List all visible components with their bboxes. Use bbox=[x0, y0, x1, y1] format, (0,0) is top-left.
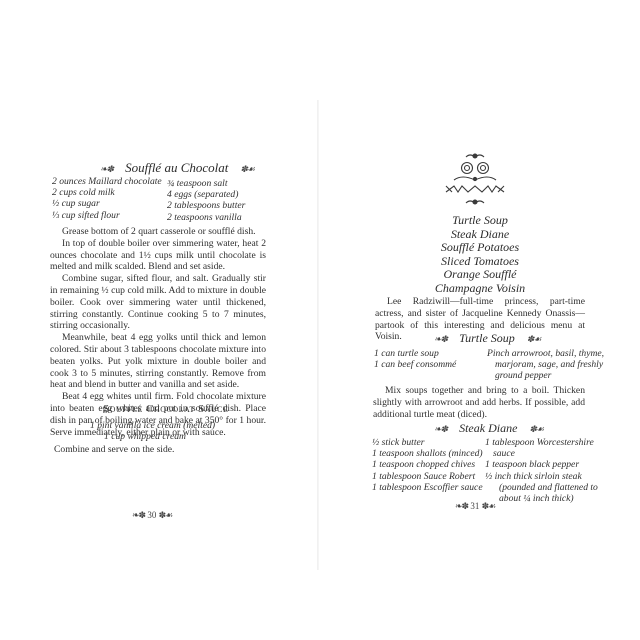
ingredient: 2 teaspoons vanilla bbox=[167, 212, 245, 223]
fleuron-ornament-icon: ✽☙ bbox=[159, 510, 173, 521]
instruction-paragraph: Mix soups together and bring to a boil. … bbox=[373, 385, 585, 420]
ingredient: about ¼ inch thick) bbox=[485, 493, 598, 504]
page-number-30: ❧✽ 30 ✽☙ bbox=[132, 510, 172, 521]
turtle-soup-ingredients-left: 1 can turtle soup 1 can beef consommé bbox=[374, 348, 456, 370]
ingredient: 1 teaspoon black pepper bbox=[485, 459, 598, 470]
ingredient: 2 tablespoons butter bbox=[167, 200, 245, 211]
fleuron-ornament-icon: ✽☙ bbox=[482, 501, 496, 512]
ingredient: 1 can turtle soup bbox=[374, 348, 456, 359]
ingredient: 2 cups cold milk bbox=[52, 187, 162, 198]
ingredient-list-right: ¾ teaspoon salt 4 eggs (separated) 2 tab… bbox=[167, 178, 245, 223]
page-number: 31 bbox=[470, 501, 479, 511]
menu-item: Turtle Soup bbox=[320, 214, 640, 228]
turtle-soup-ingredients-right: Pinch arrowroot, basil, thyme, marjoram,… bbox=[487, 348, 604, 382]
ingredient: ¾ teaspoon salt bbox=[167, 178, 245, 189]
sauce-title: Soufflé Chocolat Sauce bbox=[103, 403, 228, 415]
recipe-title-turtle-soup: ❧✽Turtle Soup✽☙ bbox=[422, 331, 532, 346]
recipe-title-text: Steak Diane bbox=[459, 421, 517, 435]
sauce-instructions: Combine and serve on the side. bbox=[54, 444, 254, 456]
ingredient: 1 tablespoon Worcestershire bbox=[485, 437, 598, 448]
ingredient: ground pepper bbox=[487, 370, 604, 381]
ingredient: 4 eggs (separated) bbox=[167, 189, 245, 200]
ingredient: (pounded and flattened to bbox=[485, 482, 598, 493]
instruction-paragraph: Grease bottom of 2 quart casserole or so… bbox=[50, 226, 266, 238]
fleuron-ornament-icon: ❧✽ bbox=[434, 334, 447, 345]
page-number: 30 bbox=[147, 510, 156, 520]
menu-item: Soufflé Potatoes bbox=[320, 241, 640, 255]
instruction-paragraph: Combine and serve on the side. bbox=[54, 444, 254, 456]
ingredient: 1 tablespoon Escoffier sauce bbox=[372, 482, 483, 493]
fleuron-ornament-icon: ✽☙ bbox=[240, 164, 254, 175]
instruction-paragraph: Combine sugar, sifted flour, and salt. G… bbox=[50, 273, 266, 332]
turtle-soup-instructions: Mix soups together and bring to a boil. … bbox=[373, 385, 585, 420]
menu-item: Steak Diane bbox=[320, 228, 640, 242]
ingredient: ½ cup sugar bbox=[52, 198, 162, 209]
ingredient: ½ stick butter bbox=[372, 437, 483, 448]
fleuron-ornament-icon: ❧✽ bbox=[455, 501, 468, 512]
ingredient: 1 tablespoon Sauce Robert bbox=[372, 471, 483, 482]
sauce-ingredients: 1 pint vanilla ice cream (melted) 1 cup … bbox=[90, 420, 215, 442]
ingredient-list-left: 2 ounces Maillard chocolate 2 cups cold … bbox=[52, 176, 162, 221]
ingredient: marjoram, sage, and freshly bbox=[487, 359, 604, 370]
menu-item: Champagne Voisin bbox=[320, 282, 640, 296]
steak-diane-ingredients-right: 1 tablespoon Worcestershire sauce 1 teas… bbox=[485, 437, 598, 504]
ingredient: 1 pint vanilla ice cream (melted) bbox=[90, 420, 215, 431]
recipe-title-text: Soufflé au Chocolat bbox=[125, 160, 228, 175]
fleuron-ornament-icon: ❧✽ bbox=[434, 424, 447, 435]
book-spine bbox=[317, 100, 319, 570]
menu-item: Sliced Tomatoes bbox=[320, 255, 640, 269]
menu-list: Turtle Soup Steak Diane Soufflé Potatoes… bbox=[320, 214, 640, 296]
recipe-title-steak-diane: ❧✽Steak Diane✽☙ bbox=[422, 421, 532, 436]
ingredient: 2 ounces Maillard chocolate bbox=[52, 176, 162, 187]
steak-diane-ingredients-left: ½ stick butter 1 teaspoon shallots (minc… bbox=[372, 437, 483, 493]
menu-item: Orange Soufflé bbox=[320, 268, 640, 282]
fleuron-ornament-icon: ❧✽ bbox=[100, 164, 113, 175]
ingredient: 1 teaspoon chopped chives bbox=[372, 459, 483, 470]
fleuron-ornament-icon: ✽☙ bbox=[527, 334, 541, 345]
recipe-title-souffle: ❧✽Soufflé au Chocolat✽☙ bbox=[88, 160, 238, 176]
ingredient: ½ inch thick sirloin steak bbox=[485, 471, 598, 482]
recipe-title-text: Turtle Soup bbox=[459, 331, 515, 345]
fleuron-ornament-icon: ❧✽ bbox=[132, 510, 145, 521]
ingredient: 1 can beef consommé bbox=[374, 359, 456, 370]
instruction-paragraph: Meanwhile, beat 4 egg yolks until thick … bbox=[50, 332, 266, 391]
instruction-paragraph: In top of double boiler over simmering w… bbox=[50, 238, 266, 273]
fleuron-ornament-icon: ✽☙ bbox=[529, 424, 543, 435]
ingredient: ⅓ cup sifted flour bbox=[52, 210, 162, 221]
ingredient: Pinch arrowroot, basil, thyme, bbox=[487, 348, 604, 359]
ingredient: 1 teaspoon shallots (minced) bbox=[372, 448, 483, 459]
ingredient: 1 cup whipped cream bbox=[90, 431, 215, 442]
decorative-emblem-icon bbox=[436, 152, 514, 208]
ingredient: sauce bbox=[485, 448, 598, 459]
page-number-31: ❧✽ 31 ✽☙ bbox=[455, 501, 495, 512]
